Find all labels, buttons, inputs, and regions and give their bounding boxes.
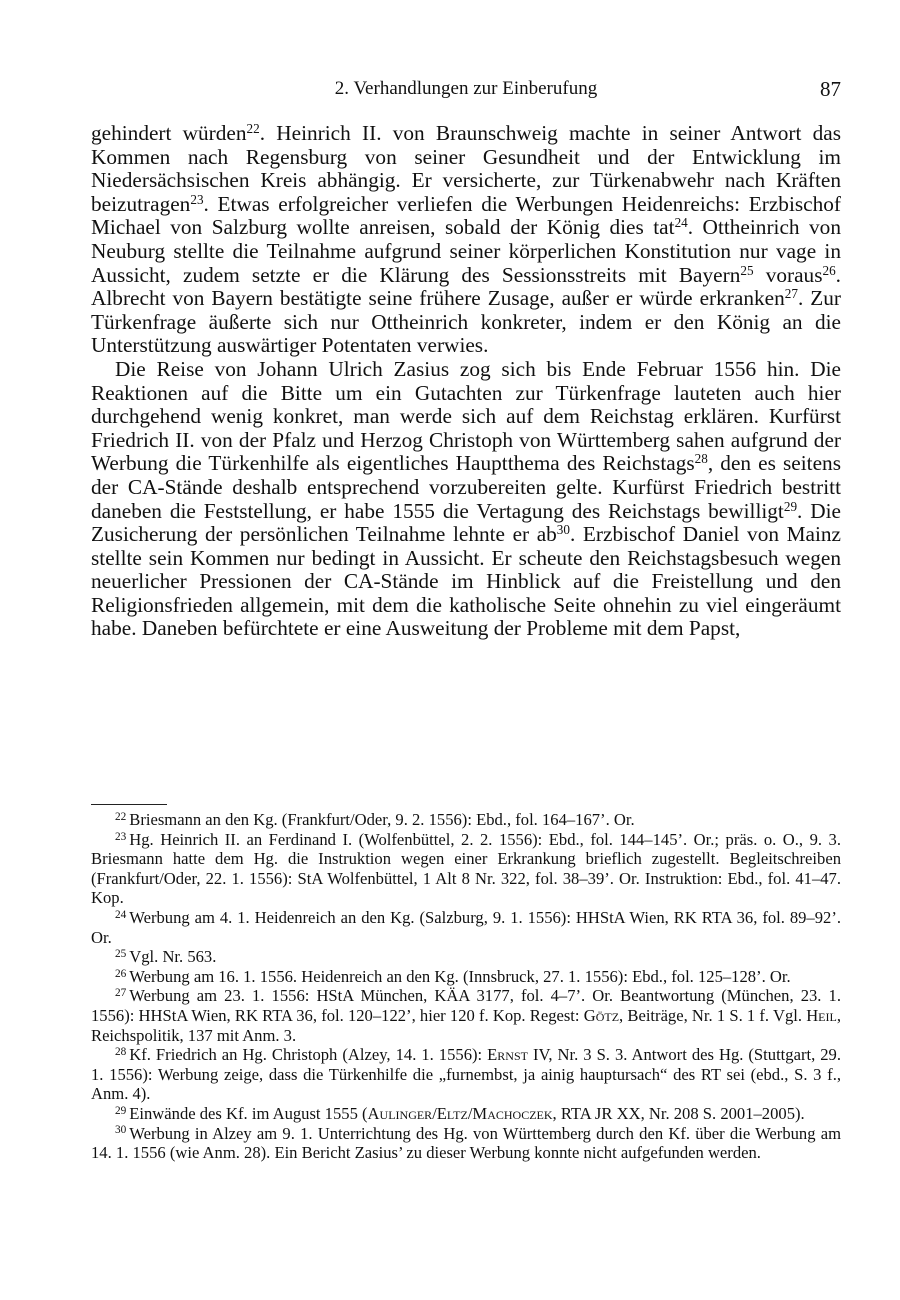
footnote-29: 29Einwände des Kf. im August 1555 (Aulin…: [91, 1104, 841, 1124]
footnote-28: 28Kf. Friedrich an Hg. Christoph (Alzey,…: [91, 1045, 841, 1104]
footnote-number: 26: [115, 968, 126, 980]
footnote-26: 26Werbung am 16. 1. 1556. Heidenreich an…: [91, 967, 841, 987]
body-text: gehindert würden22. Heinrich II. von Bra…: [91, 122, 841, 641]
footnote-reference[interactable]: 24: [675, 215, 688, 230]
author-name: Götz: [584, 1006, 619, 1025]
footnote-separator: [91, 804, 167, 805]
page-number: 87: [820, 77, 841, 102]
footnote-reference[interactable]: 25: [740, 262, 753, 277]
footnote-number: 22: [115, 811, 126, 823]
author-name: Aulinger/Eltz/Machoczek: [368, 1104, 553, 1123]
footnote-reference[interactable]: 27: [785, 286, 798, 301]
footnote-reference[interactable]: 22: [247, 121, 260, 136]
footnote-reference[interactable]: 29: [784, 498, 797, 513]
author-name: Heil: [806, 1006, 837, 1025]
paragraph: gehindert würden22. Heinrich II. von Bra…: [91, 122, 841, 358]
footnote-reference[interactable]: 30: [557, 522, 570, 537]
footnote-number: 23: [115, 831, 126, 843]
running-head: 2. Verhandlungen zur Einberufung 87: [91, 78, 841, 104]
footnote-24: 24Werbung am 4. 1. Heidenreich an den Kg…: [91, 908, 841, 947]
footnote-number: 30: [115, 1124, 126, 1136]
running-title: 2. Verhandlungen zur Einberufung: [91, 78, 841, 100]
footnote-number: 24: [115, 909, 126, 921]
footnote-30: 30Werbung in Alzey am 9. 1. Unterrichtun…: [91, 1124, 841, 1163]
footnote-23: 23Hg. Heinrich II. an Ferdinand I. (Wolf…: [91, 830, 841, 908]
footnote-number: 27: [115, 987, 126, 999]
footnote-number: 28: [115, 1046, 126, 1058]
footnote-22: 22Briesmann an den Kg. (Frankfurt/Oder, …: [91, 810, 841, 830]
footnote-reference[interactable]: 26: [822, 262, 835, 277]
footnote-reference[interactable]: 23: [190, 192, 203, 207]
author-name: Ernst: [487, 1045, 528, 1064]
footnote-25: 25Vgl. Nr. 563.: [91, 947, 841, 967]
footnote-number: 25: [115, 948, 126, 960]
footnotes: 22Briesmann an den Kg. (Frankfurt/Oder, …: [91, 810, 841, 1163]
paragraph: Die Reise von Johann Ulrich Zasius zog s…: [91, 358, 841, 641]
footnote-27: 27Werbung am 23. 1. 1556: HStA München, …: [91, 986, 841, 1045]
footnote-number: 29: [115, 1105, 126, 1117]
footnote-reference[interactable]: 28: [695, 451, 708, 466]
